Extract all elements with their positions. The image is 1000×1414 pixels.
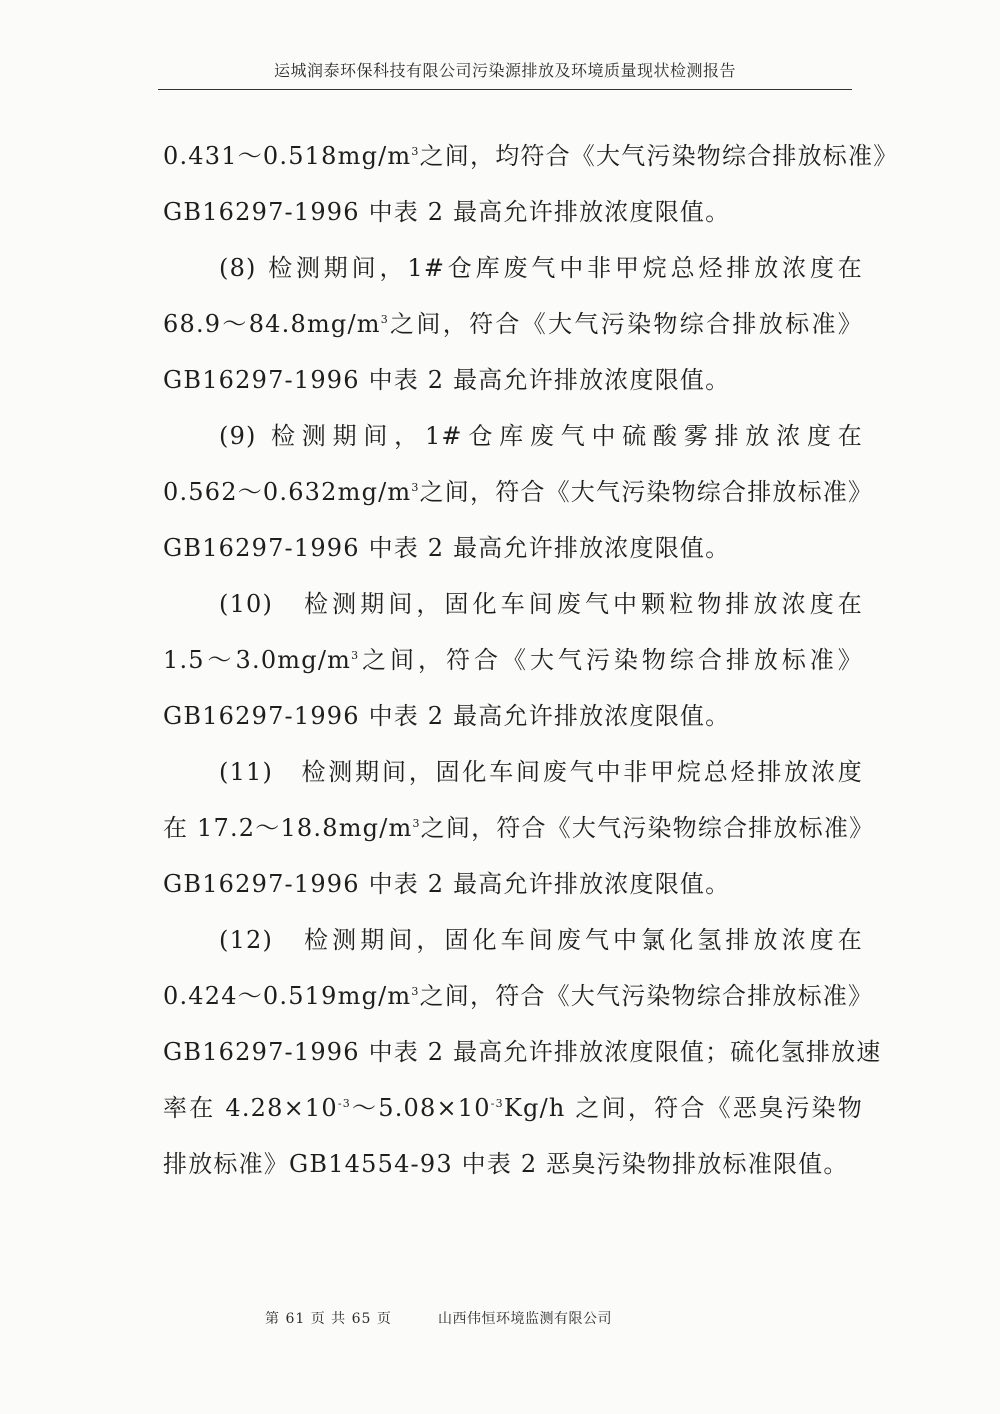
paragraph-12: (12) 检测期间，固化车间废气中氯化氢排放浓度在 0.424～0.519mg/… bbox=[163, 912, 863, 1192]
text-line: GB16297-1996 中表 2 最高允许排放浓度限值。 bbox=[163, 520, 863, 576]
paragraph-11: (11) 检测期间，固化车间废气中非甲烷总烃排放浓度 在 17.2～18.8mg… bbox=[163, 744, 863, 912]
page-number: 第 61 页 共 65 页 bbox=[265, 1308, 392, 1328]
text-line: 在 17.2～18.8mg/m3之间，符合《大气污染物综合排放标准》 bbox=[163, 800, 863, 856]
report-header-title: 运城润泰环保科技有限公司污染源排放及环境质量现状检测报告 bbox=[158, 58, 852, 81]
paragraph-8: (8) 检测期间，1#仓库废气中非甲烷总烃排放浓度在 68.9～84.8mg/m… bbox=[163, 240, 863, 408]
header-divider bbox=[158, 89, 852, 90]
text-line: 率在 4.28×10-3～5.08×10-3Kg/h 之间，符合《恶臭污染物 bbox=[163, 1080, 863, 1136]
text-line: GB16297-1996 中表 2 最高允许排放浓度限值。 bbox=[163, 352, 863, 408]
text-line: 0.562～0.632mg/m3之间，符合《大气污染物综合排放标准》 bbox=[163, 464, 863, 520]
text-line: GB16297-1996 中表 2 最高允许排放浓度限值。 bbox=[163, 184, 863, 240]
text-line: 1.5～3.0mg/m3之间，符合《大气污染物综合排放标准》 bbox=[163, 632, 863, 688]
text-line: (8) 检测期间，1#仓库废气中非甲烷总烃排放浓度在 bbox=[163, 240, 863, 296]
report-body: 0.431～0.518mg/m3之间，均符合《大气污染物综合排放标准》 GB16… bbox=[163, 128, 863, 1192]
text-line: (10) 检测期间，固化车间废气中颗粒物排放浓度在 bbox=[163, 576, 863, 632]
text-line: 0.431～0.518mg/m3之间，均符合《大气污染物综合排放标准》 bbox=[163, 128, 863, 184]
paragraph-7-continuation: 0.431～0.518mg/m3之间，均符合《大气污染物综合排放标准》 GB16… bbox=[163, 128, 863, 240]
text-line: (9) 检测期间，1#仓库废气中硫酸雾排放浓度在 bbox=[163, 408, 863, 464]
text-line: 68.9～84.8mg/m3之间，符合《大气污染物综合排放标准》 bbox=[163, 296, 863, 352]
text-line: (12) 检测期间，固化车间废气中氯化氢排放浓度在 bbox=[163, 912, 863, 968]
paragraph-9: (9) 检测期间，1#仓库废气中硫酸雾排放浓度在 0.562～0.632mg/m… bbox=[163, 408, 863, 576]
text-line: (11) 检测期间，固化车间废气中非甲烷总烃排放浓度 bbox=[163, 744, 863, 800]
text-line: GB16297-1996 中表 2 最高允许排放浓度限值。 bbox=[163, 688, 863, 744]
text-line: 排放标准》GB14554-93 中表 2 恶臭污染物排放标准限值。 bbox=[163, 1136, 863, 1192]
text-line: GB16297-1996 中表 2 最高允许排放浓度限值。 bbox=[163, 856, 863, 912]
footer-organization: 山西伟恒环境监测有限公司 bbox=[438, 1308, 612, 1328]
text-line: 0.424～0.519mg/m3之间，符合《大气污染物综合排放标准》 bbox=[163, 968, 863, 1024]
paragraph-10: (10) 检测期间，固化车间废气中颗粒物排放浓度在 1.5～3.0mg/m3之间… bbox=[163, 576, 863, 744]
text-line: GB16297-1996 中表 2 最高允许排放浓度限值；硫化氢排放速 bbox=[163, 1024, 863, 1080]
